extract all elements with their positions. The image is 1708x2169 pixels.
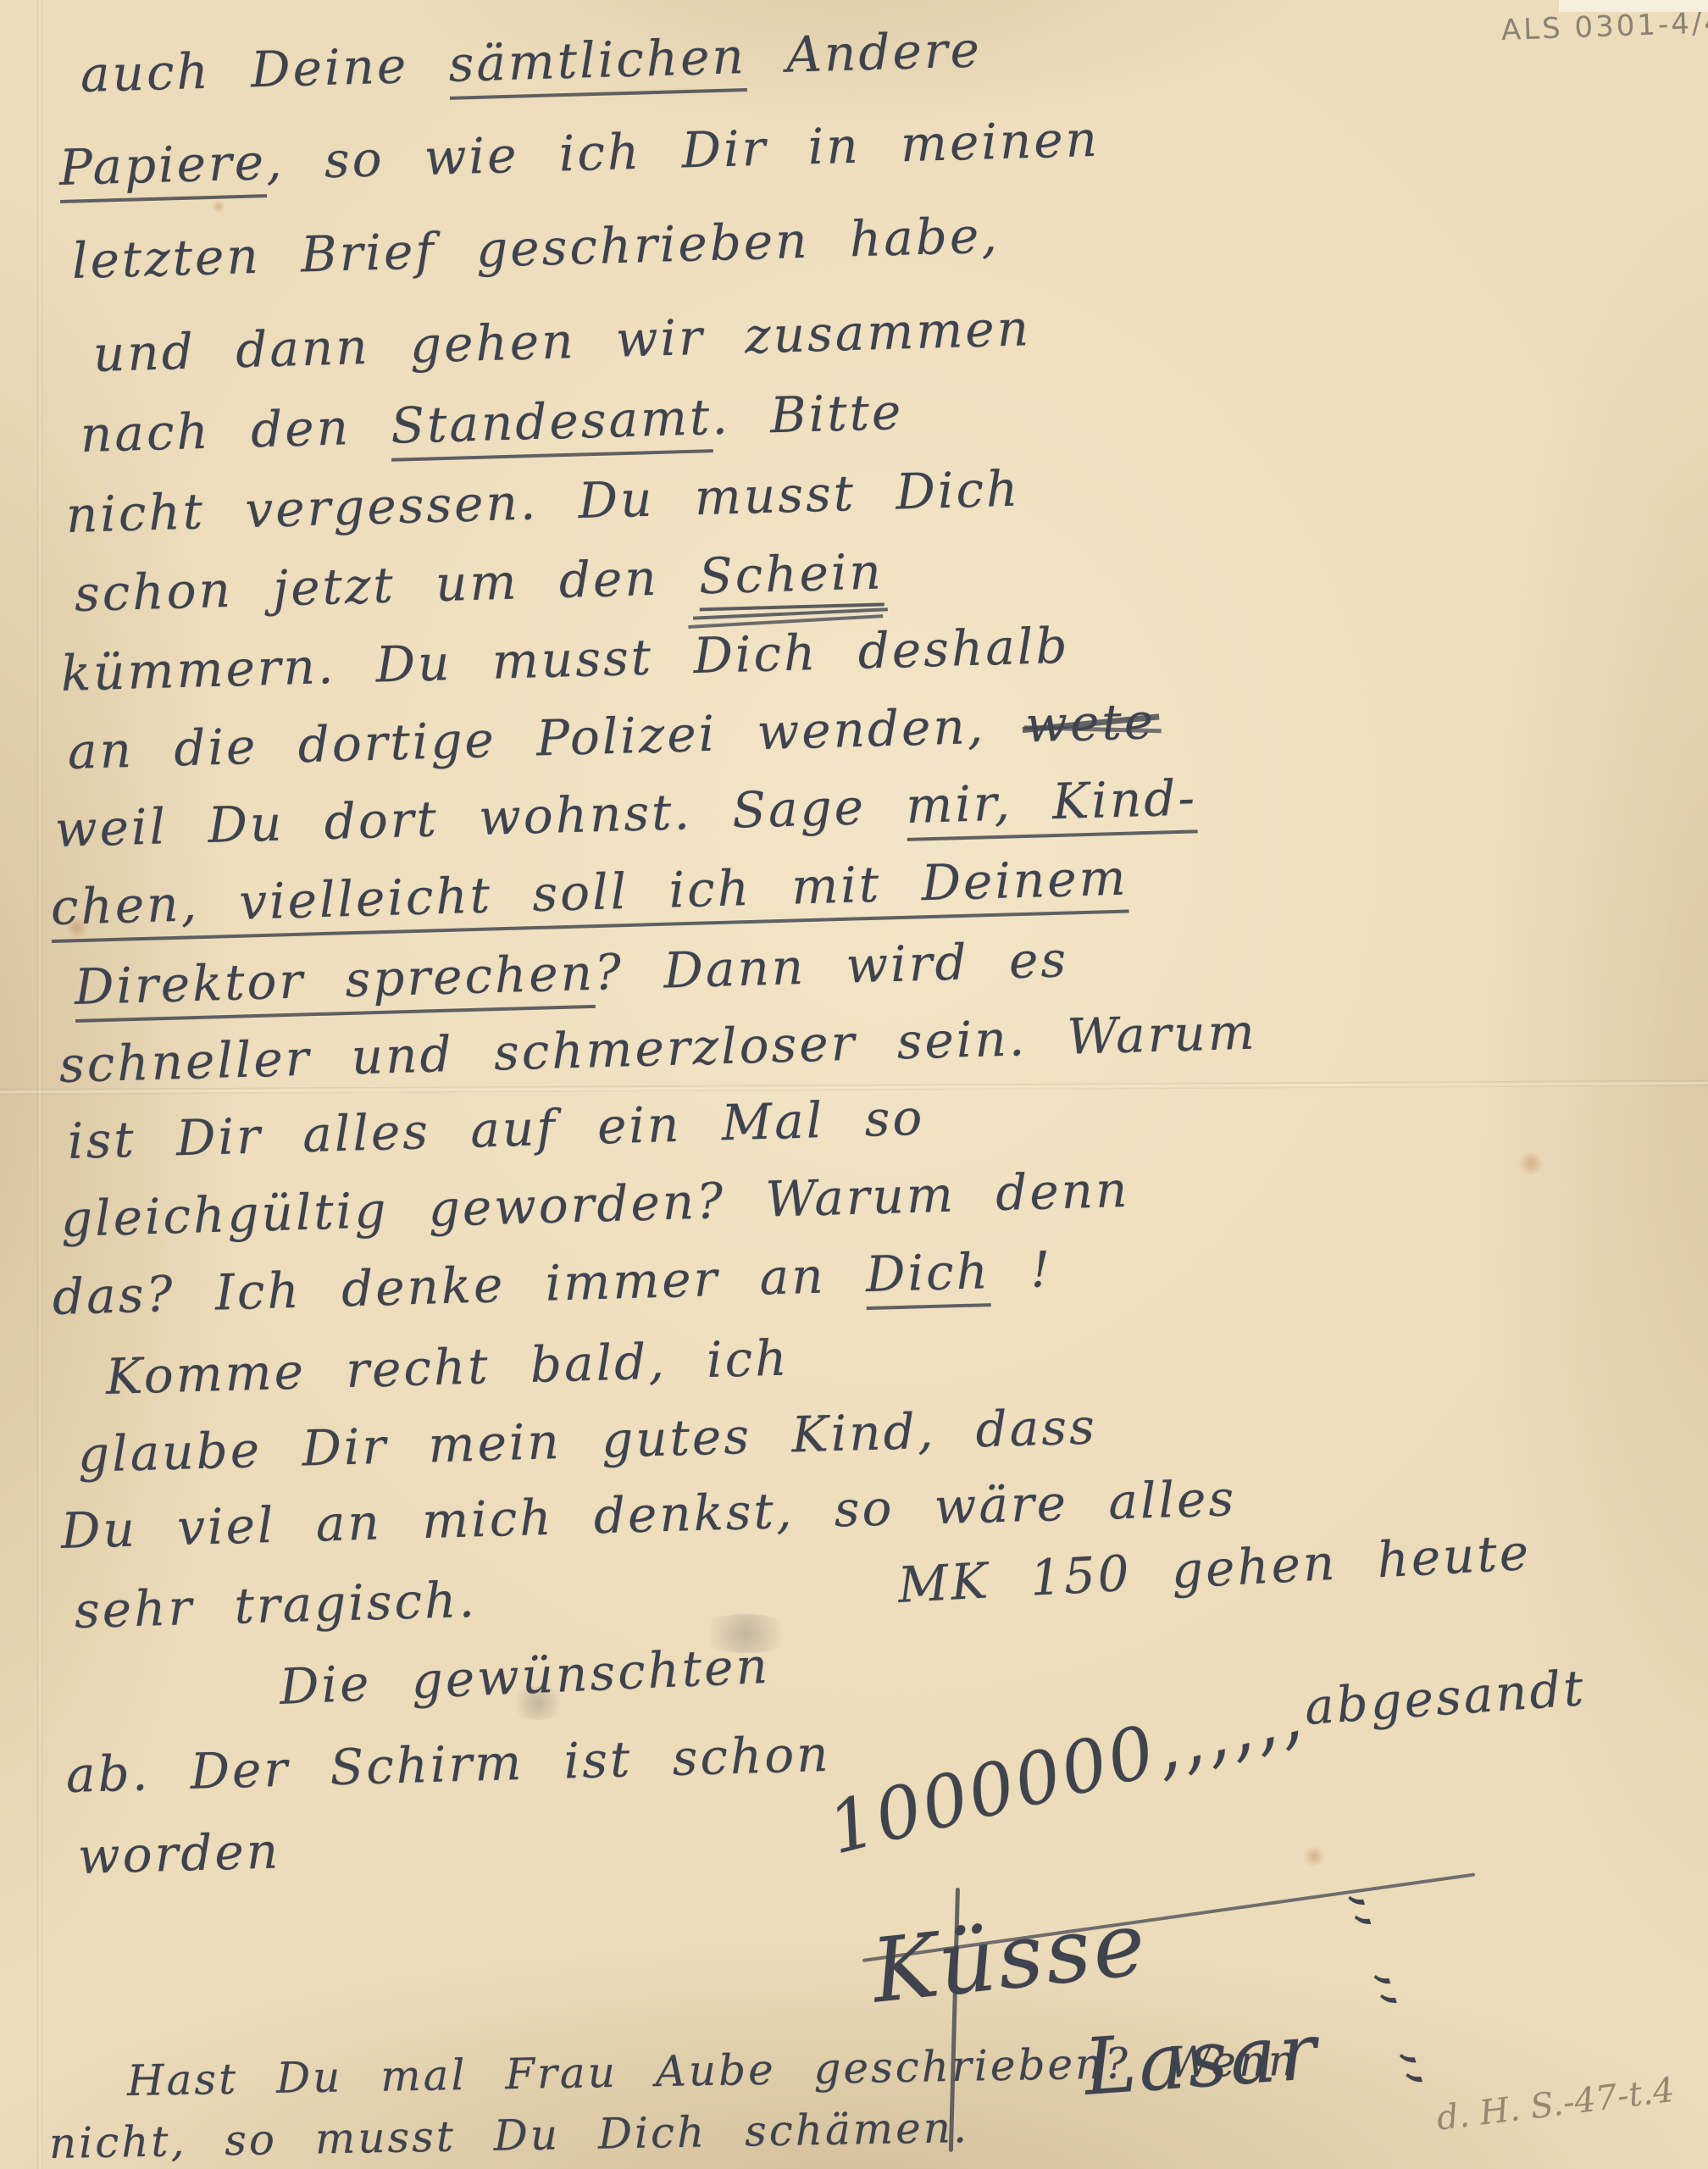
letter-text-strike: wete — [1025, 692, 1156, 753]
letter-text: sehr tragisch. — [74, 1571, 478, 1639]
letter-text: . Bitte — [711, 383, 904, 446]
letter-line: nicht vergessen. Du musst Dich — [65, 461, 1021, 544]
letter-line: abgesandt — [1303, 1660, 1588, 1736]
letter-line: auch Deine sämtlichen Andere — [80, 21, 983, 103]
letter-text: Du viel an mich denkst, so wäre alles — [60, 1469, 1237, 1560]
letter-line: Die gewünschten — [279, 1638, 772, 1716]
letter-text: , so wie ich Dir in meinen — [265, 110, 1101, 191]
kiss-count: 1000000,,,,,, — [820, 1673, 1311, 1870]
letter-text-underline: mir, Kind- — [905, 768, 1198, 841]
letter-text: Küsse — [868, 1891, 1153, 2022]
letter-text-underline: Standesamt — [390, 388, 713, 462]
letter-text: nicht vergessen. Du musst Dich — [65, 460, 1021, 544]
letter-line: ist Dir alles auf ein Mal so — [67, 1090, 925, 1170]
letter-line: glaube Dir mein gutes Kind, dass — [77, 1398, 1098, 1483]
letter-line: chen, vielleicht soll ich mit Deinem — [50, 849, 1128, 935]
letter-line: weil Du dort wohnst. Sage mir, Kind- — [54, 769, 1198, 857]
letter-text: ist Dir alles auf ein Mal so — [67, 1089, 925, 1170]
letter-text: ,, ,, ,, — [1342, 1878, 1468, 2094]
letter-text: kümmern. Du musst Dich deshalb — [60, 617, 1070, 702]
letter-text: nicht, so musst Du Dich schämen. — [48, 2103, 969, 2168]
letter-text-underline: Papiere — [58, 133, 267, 203]
letter-body: auch Deine sämtlichen AnderePapiere, so … — [0, 0, 1708, 2169]
letter-text: ! — [990, 1240, 1054, 1300]
letter-line: Direktor sprechen? Dann wird es — [74, 931, 1069, 1015]
letter-page: ALS 0301-4/4 d. H. S.-47-t.4 auch Deine … — [0, 0, 1708, 2169]
letter-text: weil Du dort wohnst. Sage — [54, 777, 907, 858]
letter-text: nach den — [80, 397, 391, 463]
letter-line: das? Ich denke immer an Dich ! — [52, 1241, 1053, 1326]
letter-text-underline: chen, vielleicht soll ich mit Deinem — [50, 848, 1129, 942]
letter-line: Komme recht bald, ich — [105, 1329, 790, 1405]
signature-closing: Küsse — [868, 1893, 1152, 2022]
letter-line: MK 150 gehen heute — [896, 1524, 1532, 1614]
letter-text-underline: Direktor sprechen — [74, 944, 596, 1023]
letter-text-underline3: Schein — [698, 542, 884, 611]
letter-line: kümmern. Du musst Dich deshalb — [60, 618, 1070, 702]
letter-text: Komme recht bald, ich — [105, 1329, 790, 1405]
letter-line: sehr tragisch. — [74, 1572, 478, 1639]
letter-text: Andere — [746, 20, 983, 85]
letter-line: gleichgültig geworden? Warum denn — [60, 1162, 1130, 1248]
letter-line: ab. Der Schirm ist schon — [65, 1726, 831, 1804]
letter-line: und dann gehen wir zusammen — [92, 300, 1032, 383]
letter-line: letzten Brief geschrieben habe, — [71, 207, 1000, 289]
letter-text: das? Ich denke immer an — [52, 1245, 867, 1326]
letter-line: nach den Standesamt. Bitte — [80, 384, 904, 463]
letter-text: schon jetzt um den — [74, 547, 700, 623]
letter-text: und dann gehen wir zusammen — [92, 299, 1032, 383]
letter-text: an die dortige Polizei wenden, — [67, 696, 1026, 780]
letter-line: worden — [77, 1822, 281, 1884]
letter-line: Du viel an mich denkst, so wäre alles — [60, 1470, 1237, 1559]
letter-text: MK 150 gehen heute — [896, 1523, 1532, 1614]
letter-text: ab. Der Schirm ist schon — [65, 1725, 831, 1804]
postscript-line: nicht, so musst Du Dich schämen. — [48, 2104, 969, 2168]
letter-text: letzten Brief geschrieben habe, — [71, 206, 1000, 290]
letter-text: worden — [77, 1822, 281, 1885]
letter-text: 1000000,,,,,, — [820, 1673, 1311, 1871]
letter-line: schon jetzt um den Schein — [74, 543, 884, 622]
letter-text-underline: Dich — [865, 1242, 991, 1310]
letter-line: an die dortige Polizei wenden, wete — [67, 693, 1156, 780]
letter-text: gleichgültig geworden? Warum denn — [60, 1161, 1130, 1248]
letter-text: glaube Dir mein gutes Kind, dass — [77, 1397, 1098, 1484]
letter-text-underline: sämtlichen — [448, 27, 747, 100]
letter-text: auch Deine — [80, 36, 449, 103]
letter-text: ? Dann wird es — [594, 930, 1069, 1001]
letter-text: Die gewünschten — [279, 1637, 772, 1716]
letter-line: Papiere, so wie ich Dir in meinen — [58, 111, 1101, 197]
letter-text: abgesandt — [1303, 1659, 1588, 1736]
kiss-marks-trail: ,, ,, ,, — [1342, 1878, 1467, 2094]
